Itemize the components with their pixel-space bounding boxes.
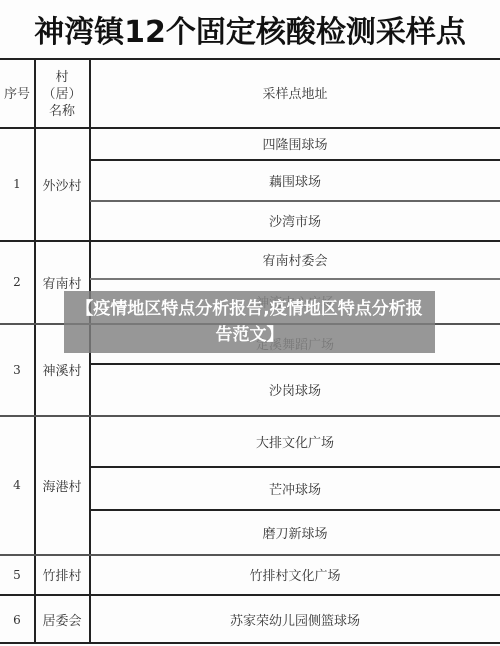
site-address: 四隆围球场 [90,128,500,159]
row-index: 2 [0,241,34,323]
header-index: 序号 [0,60,34,128]
site-address: 大排文化广场 [90,416,500,466]
village-name: 外沙村 [35,128,89,240]
site-address: 宥南村委会 [90,241,500,278]
site-address: 磨刀新球场 [90,510,500,554]
village-name: 竹排村 [35,555,89,594]
site-address: 芒冲球场 [90,467,500,509]
page-title: 神湾镇12个固定核酸检测采样点 [0,0,500,58]
header-village-line: （居） [42,86,81,103]
village-name: 海港村 [35,416,89,554]
village-name: 居委会 [35,595,89,644]
row-index: 4 [0,416,34,554]
site-address: 沙岗球场 [90,364,500,415]
header-address: 采样点地址 [90,60,500,128]
site-address: 沙湾市场 [90,201,500,240]
header-village-line: 村 [55,69,68,86]
header-village: 村 （居） 名称 [35,60,89,128]
row-index: 1 [0,128,34,240]
row-index: 3 [0,324,34,415]
row-index: 5 [0,555,34,594]
header-village-line: 名称 [49,103,75,120]
site-address: 藕围球场 [90,160,500,200]
site-address: 竹排村文化广场 [90,555,500,594]
caption-overlay: 【疫情地区特点分析报告,疫情地区特点分析报告范文】 [64,291,435,353]
site-address: 苏家荣幼儿园侧篮球场 [90,595,500,644]
row-index: 6 [0,595,34,644]
